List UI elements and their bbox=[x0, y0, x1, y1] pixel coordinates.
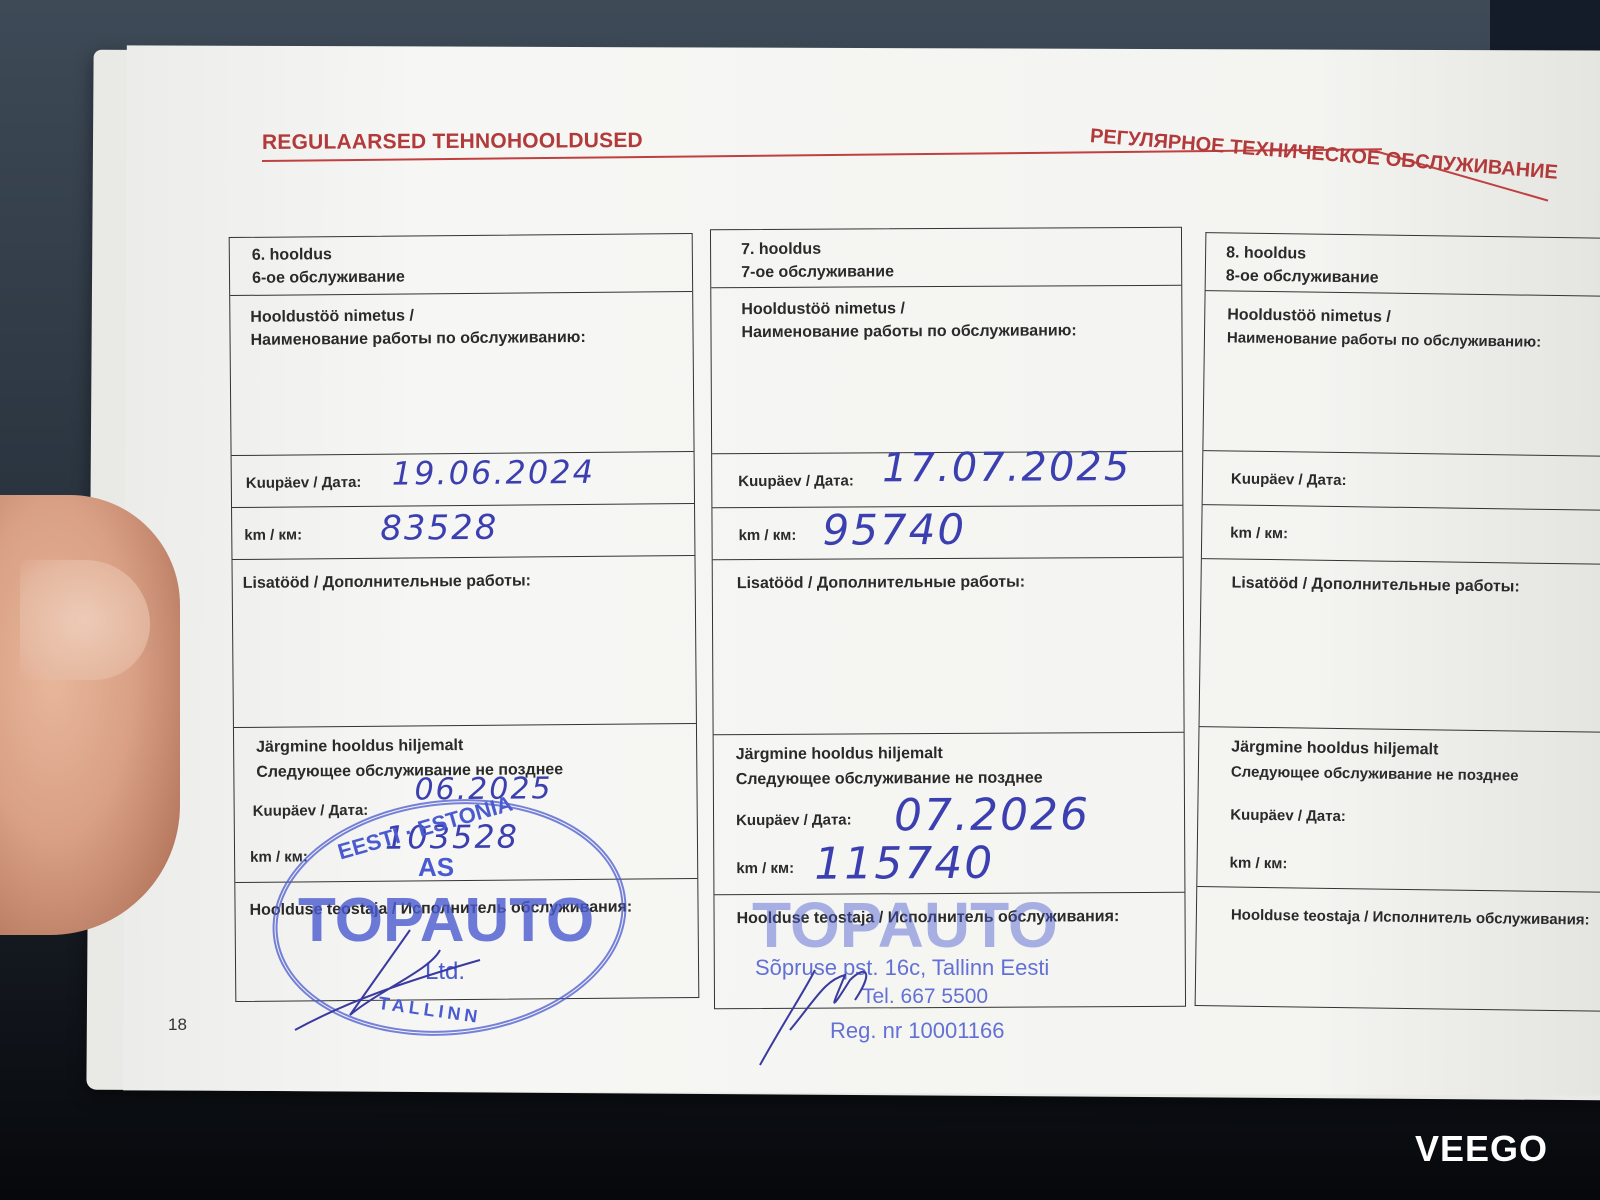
stamp-brand-text: TOPAUTO bbox=[752, 888, 1058, 962]
next-service-label-ru: Следующее обслуживание не позднее bbox=[1231, 761, 1519, 788]
km-row: km / км: 95740 bbox=[712, 506, 1182, 560]
service-km: 95740 bbox=[822, 505, 966, 555]
work-name-label-ru: Наименование работы по обслуживанию: bbox=[1227, 326, 1542, 353]
service-title-et: 6. hooldus bbox=[252, 243, 332, 267]
extra-work-label: Lisatööd / Дополнительные работы: bbox=[737, 571, 1025, 596]
next-service-label-et: Järgmine hooldus hiljemalt bbox=[256, 734, 463, 759]
next-service-km: 115740 bbox=[814, 838, 994, 890]
next-date-label: Kuupäev / Дата: bbox=[736, 809, 852, 833]
next-service-section: Järgmine hooldus hiljemalt Следующее обс… bbox=[714, 733, 1185, 895]
next-service-label-et: Järgmine hooldus hiljemalt bbox=[736, 742, 943, 766]
performer-label: Hoolduse teostaja / Исполнитель обслужив… bbox=[1231, 904, 1590, 932]
service-title-et: 8. hooldus bbox=[1226, 241, 1306, 265]
next-service-section: Järgmine hooldus hiljemalt Следующее обс… bbox=[1197, 727, 1600, 893]
next-service-label-et: Järgmine hooldus hiljemalt bbox=[1231, 736, 1438, 762]
km-row: km / км: bbox=[1202, 505, 1600, 565]
extra-work-section: Lisatööd / Дополнительные работы: bbox=[713, 558, 1184, 735]
next-km-label: km / км: bbox=[736, 857, 794, 880]
next-km-label: km / км: bbox=[1229, 851, 1287, 875]
service-title-ru: 8-ое обслуживание bbox=[1226, 264, 1379, 289]
extra-work-section: Lisatööd / Дополнительные работы: bbox=[1200, 559, 1600, 733]
work-name-section: Hooldustöö nimetus / Наименование работы… bbox=[230, 292, 693, 456]
work-name-section: Hooldustöö nimetus / Наименование работы… bbox=[1203, 291, 1600, 457]
work-name-label-et: Hooldustöö nimetus / bbox=[741, 297, 905, 321]
extra-work-label: Lisatööd / Дополнительные работы: bbox=[1231, 571, 1520, 598]
header-title-estonian: REGULAARSED TEHNOHOOLDUSED bbox=[262, 129, 643, 155]
km-label: km / км: bbox=[1230, 521, 1288, 545]
km-row: km / км: 83528 bbox=[232, 504, 694, 560]
next-date-label: Kuupäev / Дата: bbox=[253, 799, 369, 823]
service-title-ru: 7-ое обслуживание bbox=[741, 260, 894, 284]
work-name-label-ru: Наименование работы по обслуживанию: bbox=[741, 319, 1076, 344]
signature-6 bbox=[290, 920, 490, 1040]
work-name-section: Hooldustöö nimetus / Наименование работы… bbox=[711, 286, 1182, 454]
date-row: Kuupäev / Дата: 17.07.2025 bbox=[712, 452, 1182, 508]
work-name-label-et: Hooldustöö nimetus / bbox=[250, 304, 414, 328]
performer-section: Hoolduse teostaja / Исполнитель обслужив… bbox=[1196, 887, 1600, 1011]
service-card-8: 8. hooldus 8-ое обслуживание Hooldustöö … bbox=[1195, 232, 1600, 1012]
work-name-label-et: Hooldustöö nimetus / bbox=[1227, 303, 1391, 328]
signature-7 bbox=[755, 960, 915, 1070]
service-header: 8. hooldus 8-ое обслуживание bbox=[1206, 233, 1600, 297]
service-title-ru: 6-ое обслуживание bbox=[252, 266, 405, 290]
date-row: Kuupäev / Дата: bbox=[1203, 451, 1600, 511]
service-date: 19.06.2024 bbox=[392, 453, 596, 493]
thumbnail-highlight bbox=[20, 560, 150, 680]
extra-work-section: Lisatööd / Дополнительные работы: bbox=[232, 556, 695, 728]
extra-work-label: Lisatööd / Дополнительные работы: bbox=[243, 569, 531, 595]
date-label: Kuupäev / Дата: bbox=[246, 471, 362, 495]
next-service-date: 07.2026 bbox=[894, 789, 1090, 841]
date-label: Kuupäev / Дата: bbox=[1231, 467, 1347, 492]
km-label: km / км: bbox=[739, 524, 797, 547]
date-row: Kuupäev / Дата: 19.06.2024 bbox=[232, 452, 694, 508]
stamp-middle-text: AS bbox=[418, 852, 454, 883]
work-name-label-ru: Наименование работы по обслуживанию: bbox=[250, 326, 585, 352]
next-service-label-ru: Следующее обслуживание не позднее bbox=[736, 767, 1043, 792]
service-date: 17.07.2025 bbox=[882, 444, 1131, 491]
service-header: 6. hooldus 6-ое обслуживание bbox=[230, 234, 692, 296]
service-km: 83528 bbox=[380, 508, 499, 549]
km-label: km / км: bbox=[244, 523, 302, 547]
watermark-logo: VEEGO bbox=[1415, 1128, 1548, 1170]
service-header: 7. hooldus 7-ое обслуживание bbox=[711, 228, 1181, 288]
date-label: Kuupäev / Дата: bbox=[738, 469, 854, 493]
next-date-label: Kuupäev / Дата: bbox=[1230, 804, 1346, 829]
service-title-et: 7. hooldus bbox=[741, 238, 821, 261]
page-number: 18 bbox=[168, 1015, 187, 1035]
